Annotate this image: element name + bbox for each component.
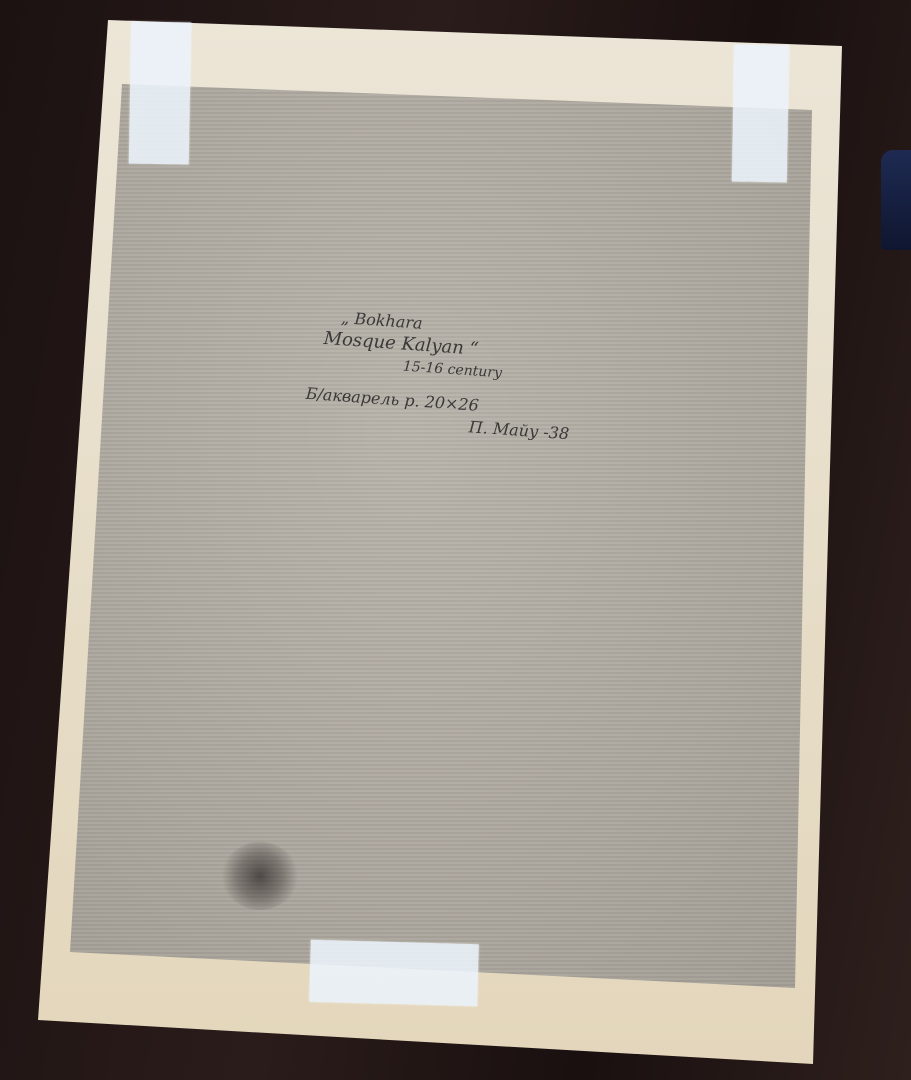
tape-top-right	[732, 45, 789, 183]
blue-clip-object	[881, 150, 911, 250]
tape-top-left	[129, 21, 191, 164]
ink-smudge	[222, 842, 298, 910]
handwritten-inscription: „ Bokhara Mosque Kalyan “ 15-16 century …	[303, 305, 641, 450]
tape-bottom	[309, 940, 479, 1006]
